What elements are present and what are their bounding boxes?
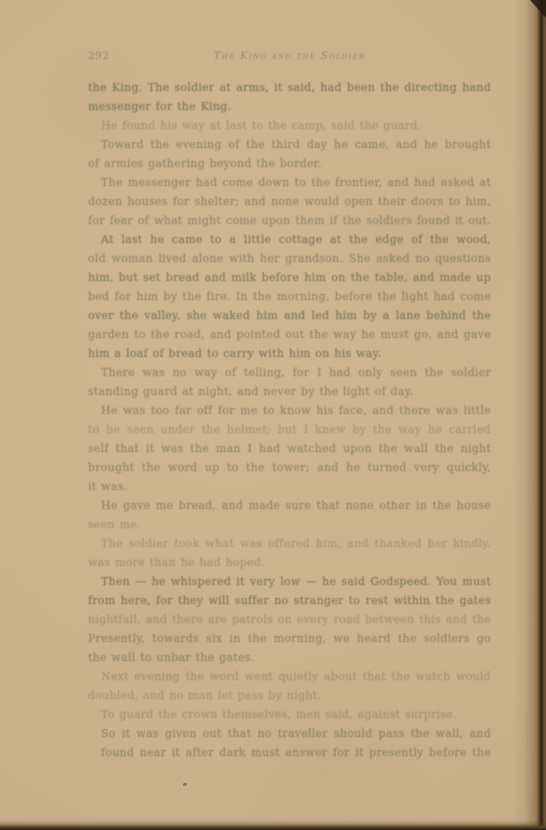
text-line: He found his way at last to the camp, sa…: [88, 116, 491, 135]
text-line: The soldier took what was offered him, a…: [88, 534, 491, 553]
text-line: it was.: [88, 477, 491, 496]
running-title: The King and the Soldier: [88, 50, 491, 62]
text-line: seen me.: [88, 515, 491, 534]
text-line: the King. The soldier at arms, it said, …: [88, 78, 491, 97]
ink-speck: [183, 783, 187, 786]
text-line: old woman lived alone with her grandson.…: [88, 249, 491, 268]
text-line: dozen houses for shelter; and none would…: [88, 192, 491, 211]
text-line: He gave me bread, and made sure that non…: [88, 496, 491, 515]
text-line: Toward the evening of the third day he c…: [88, 135, 491, 154]
text-line: There was no way of telling, for I had o…: [88, 363, 491, 382]
text-line: him a loaf of bread to carry with him on…: [88, 344, 491, 363]
text-line: doubled, and no man let pass by night.: [88, 686, 491, 705]
text-line: over the valley, she waked him and led h…: [88, 306, 491, 325]
text-line: To guard the crown themselves, men said,…: [88, 705, 491, 724]
text-line: standing guard at night, and never by th…: [88, 382, 491, 401]
text-line: Next evening the word went quietly about…: [88, 667, 491, 686]
text-line: Presently, towards six in the morning, w…: [88, 629, 491, 648]
page-header: 292 The King and the Soldier: [88, 50, 491, 65]
text-line: So it was given out that no traveller sh…: [88, 724, 491, 743]
text-line: self that it was the man I had watched u…: [88, 439, 491, 458]
text-line: of armies gathering beyond the border.: [88, 154, 491, 173]
text-line: was more than he had hoped.: [88, 553, 491, 572]
text-line: found near it after dark must answer for…: [88, 743, 491, 762]
text-line: him, but set bread and milk before him o…: [88, 268, 491, 287]
text-line: At last he came to a little cottage at t…: [88, 230, 491, 249]
book-page-photo: 292 The King and the Soldier the King. T…: [0, 0, 546, 830]
text-line: from here, for they will suffer no stran…: [88, 591, 491, 610]
text-line: for fear of what might come upon them if…: [88, 211, 491, 230]
text-line: He was too far off for me to know his fa…: [88, 401, 491, 420]
text-line: brought the word up to the tower; and he…: [88, 458, 491, 477]
text-line: the wall to unbar the gates.: [88, 648, 491, 667]
text-line: messenger for the King.: [88, 97, 491, 116]
text-line: bed for him by the fire. In the morning,…: [88, 287, 491, 306]
page-corner-shadow: [530, 0, 546, 18]
text-line: The messenger had come down to the front…: [88, 173, 491, 192]
text-line: nightfall, and there are patrols on ever…: [88, 610, 491, 629]
page-text: the King. The soldier at arms, it said, …: [88, 78, 491, 762]
text-line: Then — he whispered it very low — he sai…: [88, 572, 491, 591]
text-line: to be seen under the helmet; but I knew …: [88, 420, 491, 439]
page-right-edge: [514, 0, 546, 830]
page-bottom-edge: [0, 820, 546, 830]
text-line: garden to the road, and pointed out the …: [88, 325, 491, 344]
